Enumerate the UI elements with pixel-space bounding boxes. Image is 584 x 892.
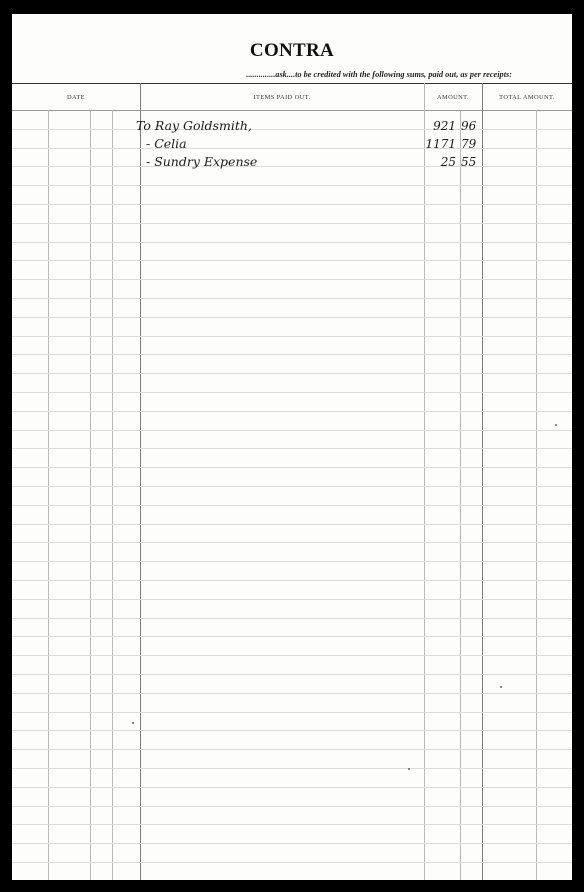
- grid-row-line: [12, 749, 572, 750]
- grid-row-line: [12, 317, 572, 318]
- entry-item: - Sundry Expense: [146, 154, 257, 169]
- grid-row-line: [12, 712, 572, 713]
- grid-row-line: [12, 787, 572, 788]
- grid-row-line: [12, 599, 572, 600]
- column-header-date: DATE: [12, 94, 140, 101]
- grid-row-line: [12, 618, 572, 619]
- grid-row-line: [12, 430, 572, 431]
- paper-speck: [408, 768, 410, 770]
- grid-row-line: [12, 354, 572, 355]
- grid-row-line: [12, 204, 572, 205]
- grid-row-line: [12, 336, 572, 337]
- grid-row-line: [12, 486, 572, 487]
- grid-row-line: [12, 768, 572, 769]
- grid-row-line: [12, 242, 572, 243]
- ledger-page: CONTRA ..............ask....to be credit…: [12, 14, 572, 880]
- grid-row-line: [12, 392, 572, 393]
- header-bottom-rule: [12, 110, 572, 111]
- column-header-total-amount: TOTAL AMOUNT.: [482, 94, 572, 101]
- grid-row-line: [12, 524, 572, 525]
- grid-row-line: [12, 693, 572, 694]
- column-header-items: ITEMS PAID OUT.: [140, 94, 424, 101]
- entry-amount-cents: 55: [461, 155, 481, 169]
- column-header-amount: AMOUNT.: [424, 94, 482, 101]
- grid-row-line: [12, 166, 572, 167]
- grid-row-line: [12, 448, 572, 449]
- grid-column-line: [90, 110, 91, 880]
- grid-column-line: [48, 110, 49, 880]
- grid-row-line: [12, 843, 572, 844]
- grid-column-line: [460, 110, 461, 880]
- header-top-rule: [12, 83, 572, 84]
- entry-item: To Ray Goldsmith,: [136, 118, 252, 133]
- paper-speck: [555, 424, 557, 426]
- grid-column-line: [536, 110, 537, 880]
- entry-item: - Celia: [146, 136, 187, 151]
- form-subtitle: ..............ask....to be credited with…: [102, 70, 512, 79]
- grid-row-line: [12, 279, 572, 280]
- grid-row-line: [12, 260, 572, 261]
- grid-row-line: [12, 505, 572, 506]
- grid-row-line: [12, 730, 572, 731]
- paper-speck: [132, 722, 134, 724]
- grid-row-line: [12, 542, 572, 543]
- grid-row-line: [12, 674, 572, 675]
- entry-amount-cents: 96: [461, 119, 481, 133]
- grid-row-line: [12, 862, 572, 863]
- grid-row-line: [12, 655, 572, 656]
- entry-amount-dollars: 921: [416, 119, 456, 133]
- grid-row-line: [12, 467, 572, 468]
- grid-column-line: [482, 83, 483, 880]
- grid-row-line: [12, 561, 572, 562]
- entry-amount-dollars: 1171: [416, 137, 456, 151]
- grid-column-line: [424, 83, 425, 880]
- grid-column-line: [112, 110, 113, 880]
- grid-row-line: [12, 373, 572, 374]
- grid-row-line: [12, 298, 572, 299]
- grid-row-line: [12, 185, 572, 186]
- grid-row-line: [12, 148, 572, 149]
- entry-amount-cents: 79: [461, 137, 481, 151]
- entry-amount-dollars: 25: [416, 155, 456, 169]
- grid-row-line: [12, 129, 572, 130]
- paper-speck: [500, 686, 502, 688]
- grid-row-line: [12, 806, 572, 807]
- grid-row-line: [12, 411, 572, 412]
- form-title: CONTRA: [12, 40, 572, 62]
- grid-row-line: [12, 223, 572, 224]
- grid-row-line: [12, 636, 572, 637]
- grid-row-line: [12, 824, 572, 825]
- grid-column-line: [140, 83, 141, 880]
- grid-row-line: [12, 580, 572, 581]
